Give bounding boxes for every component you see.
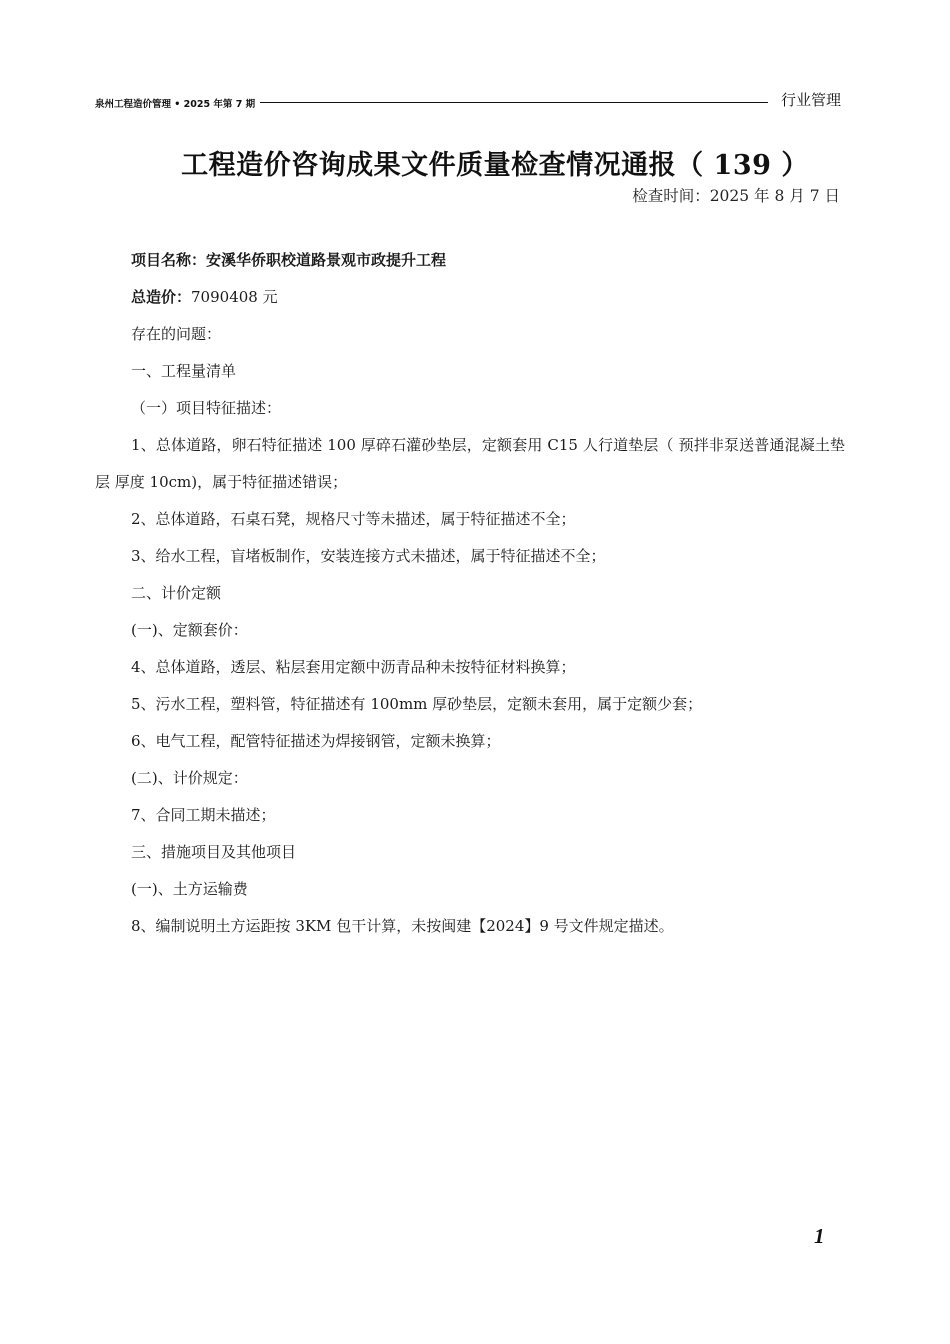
subsection-heading: （一）项目特征描述： [95, 390, 845, 427]
project-name: 项目名称：安溪华侨职校道路景观市政提升工程 [95, 242, 845, 279]
issue-item: 6、电气工程，配管特征描述为焊接钢管，定额未换算； [95, 723, 845, 760]
section-heading: 二、计价定额 [95, 575, 845, 612]
document-body: 项目名称：安溪华侨职校道路景观市政提升工程 总造价：7090408 元 存在的问… [95, 242, 845, 945]
issue-item: 1、总体道路，卵石特征描述 100 厚碎石灌砂垫层，定额套用 C15 人行道垫层… [95, 427, 845, 501]
project-name-value: 安溪华侨职校道路景观市政提升工程 [206, 251, 446, 269]
section-heading: 三、措施项目及其他项目 [95, 834, 845, 871]
check-date: 检查时间：2025 年 8 月 7 日 [632, 184, 840, 206]
issue-item: 2、总体道路，石桌石凳，规格尺寸等未描述，属于特征描述不全； [95, 501, 845, 538]
document-title: 工程造价咨询成果文件质量检查情况通报（ 139 ） [0, 143, 950, 182]
issue-item: 8、编制说明土方运距按 3KM 包干计算，未按闽建【2024】9 号文件规定描述… [95, 908, 845, 945]
subsection-heading: (一)、土方运输费 [95, 871, 845, 908]
issue-item: 7、合同工期未描述； [95, 797, 845, 834]
publication-info: 泉州工程造价管理 • 2025 年第 7 期 [95, 96, 255, 110]
subsection-heading: (二)、计价规定： [95, 760, 845, 797]
page-number: 1 [814, 1224, 825, 1249]
section-heading: 一、工程量清单 [95, 353, 845, 390]
total-cost: 总造价：7090408 元 [95, 279, 845, 316]
issue-item: 5、污水工程，塑料管，特征描述有 100mm 厚砂垫层，定额未套用，属于定额少套… [95, 686, 845, 723]
project-name-label: 项目名称： [131, 251, 206, 269]
issues-heading: 存在的问题： [95, 316, 845, 353]
section-name: 行业管理 [781, 89, 841, 110]
header-divider [260, 102, 768, 103]
page-header: 泉州工程造价管理 • 2025 年第 7 期 行业管理 [95, 92, 841, 112]
issue-item: 4、总体道路，透层、粘层套用定额中沥青品种未按特征材料换算； [95, 649, 845, 686]
issue-item: 3、给水工程，盲堵板制作，安装连接方式未描述，属于特征描述不全； [95, 538, 845, 575]
total-cost-label: 总造价： [131, 288, 191, 306]
total-cost-value: 7090408 元 [191, 288, 278, 306]
subsection-heading: (一)、定额套价： [95, 612, 845, 649]
